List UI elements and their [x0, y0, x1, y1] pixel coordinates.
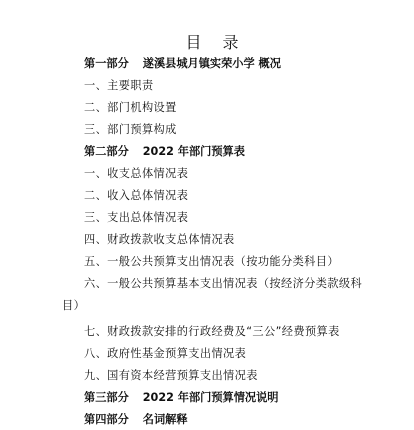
toc-item[interactable]: 三、支出总体情况表: [62, 207, 402, 229]
part-title: 2022 年部门预算表: [143, 145, 245, 158]
toc-item[interactable]: 二、收入总体情况表: [62, 185, 402, 207]
document-page: 目 录 第一部分遂溪县城月镇实荣小学 概况 一、主要职责 二、部门机构设置 三、…: [0, 0, 414, 430]
toc-item[interactable]: 一、主要职责: [62, 75, 402, 97]
toc-title: 目 录: [0, 30, 414, 53]
toc-part-3[interactable]: 第三部分2022 年部门预算情况说明: [62, 387, 402, 409]
part-label: 第二部分: [84, 145, 129, 158]
toc-part-2[interactable]: 第二部分2022 年部门预算表: [62, 141, 402, 163]
toc-item[interactable]: 七、财政拨款安排的行政经费及“三公”经费预算表: [62, 321, 402, 343]
toc-item[interactable]: 九、国有资本经营预算支出情况表: [62, 365, 402, 387]
toc-part-4[interactable]: 第四部分名词解释: [62, 409, 402, 430]
toc-item[interactable]: 二、部门机构设置: [62, 97, 402, 119]
toc-item[interactable]: 三、部门预算构成: [62, 119, 402, 141]
toc-item-continuation[interactable]: 目）: [62, 295, 402, 317]
part-label: 第三部分: [84, 391, 129, 404]
toc-item[interactable]: 一、收支总体情况表: [62, 163, 402, 185]
part-title: 名词解释: [143, 413, 188, 426]
part-title: 2022 年部门预算情况说明: [143, 391, 279, 404]
table-of-contents: 第一部分遂溪县城月镇实荣小学 概况 一、主要职责 二、部门机构设置 三、部门预算…: [62, 53, 402, 430]
toc-item[interactable]: 五、一般公共预算支出情况表（按功能分类科目）: [62, 251, 402, 273]
toc-item[interactable]: 四、财政拨款收支总体情况表: [62, 229, 402, 251]
part-title: 遂溪县城月镇实荣小学 概况: [143, 57, 281, 70]
part-label: 第四部分: [84, 413, 129, 426]
toc-item[interactable]: 六、一般公共预算基本支出情况表（按经济分类款级科: [62, 273, 402, 295]
toc-item[interactable]: 八、政府性基金预算支出情况表: [62, 343, 402, 365]
toc-part-1[interactable]: 第一部分遂溪县城月镇实荣小学 概况: [62, 53, 402, 75]
part-label: 第一部分: [84, 57, 129, 70]
